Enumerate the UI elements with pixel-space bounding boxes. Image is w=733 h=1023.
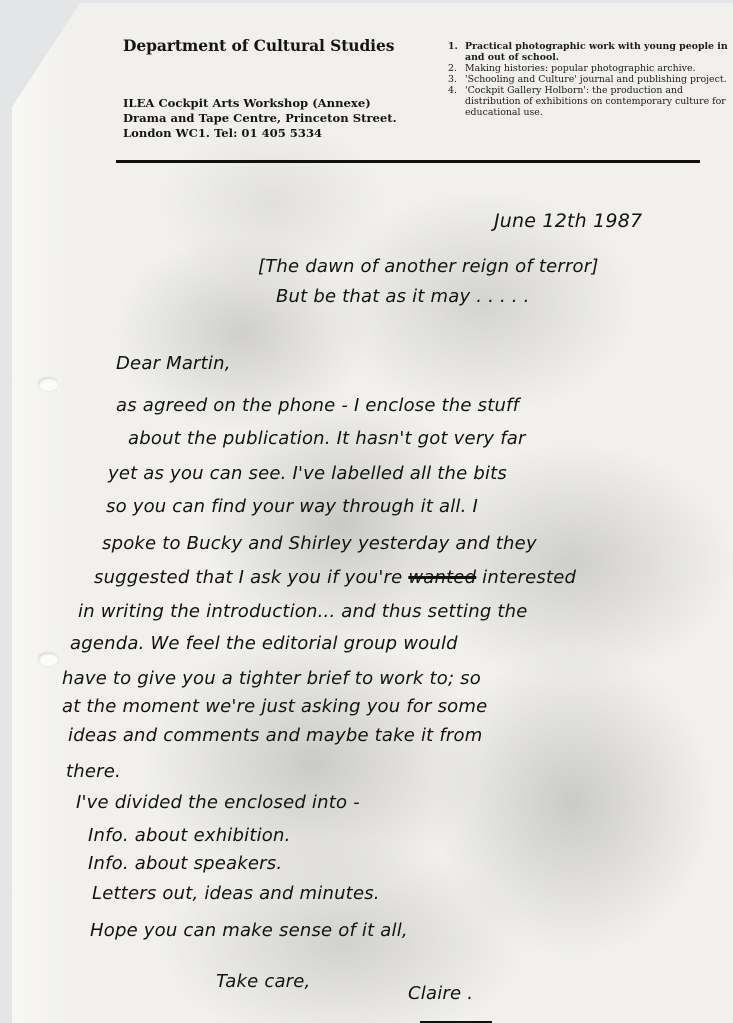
letter-aside: [The dawn of another reign of terror] xyxy=(258,256,599,277)
address-line: ILEA Cockpit Arts Workshop (Annexe) xyxy=(123,96,397,111)
activities-list: 1. Practical photographic work with youn… xyxy=(448,41,733,118)
activity-text: Practical photographic work with young p… xyxy=(465,41,733,63)
activity-text: Making histories: popular photographic a… xyxy=(465,63,695,74)
page-margin xyxy=(12,3,72,1023)
struck-out-word: wanted xyxy=(408,567,476,588)
body-line: about the publication. It hasn't got ver… xyxy=(128,428,526,449)
enclosures-intro: I've divided the enclosed into - xyxy=(76,792,360,813)
letterhead-divider xyxy=(116,160,700,163)
letter-date: June 12th 1987 xyxy=(494,210,642,232)
body-line: in writing the introduction... and thus … xyxy=(78,601,528,622)
letter-aside: But be that as it may . . . . . xyxy=(276,286,530,307)
body-line: at the moment we're just asking you for … xyxy=(62,696,487,717)
activity-item: 2. Making histories: popular photographi… xyxy=(448,63,733,74)
body-line: ideas and comments and maybe take it fro… xyxy=(68,725,482,746)
activity-text: 'Schooling and Culture' journal and publ… xyxy=(465,74,727,85)
body-line: there. xyxy=(66,761,121,782)
letter-page: Department of Cultural Studies ILEA Cock… xyxy=(12,3,733,1023)
department-name: Department of Cultural Studies xyxy=(123,36,394,55)
punch-hole-bottom xyxy=(38,652,58,666)
activity-number: 2. xyxy=(448,63,465,74)
body-line: so you can find your way through it all.… xyxy=(106,496,478,517)
activity-number: 1. xyxy=(448,41,465,63)
activity-item: 3. 'Schooling and Culture' journal and p… xyxy=(448,74,733,85)
enclosure-item: Info. about speakers. xyxy=(88,853,282,874)
letter-salutation: Dear Martin, xyxy=(116,353,231,374)
activity-item: 4. 'Cockpit Gallery Holborn': the produc… xyxy=(448,85,733,118)
body-line: yet as you can see. I've labelled all th… xyxy=(108,463,507,484)
closing-line: Hope you can make sense of it all, xyxy=(90,920,408,941)
activity-item: 1. Practical photographic work with youn… xyxy=(448,41,733,63)
address-line: London WC1. Tel: 01 405 5334 xyxy=(123,126,397,141)
activity-number: 4. xyxy=(448,85,465,118)
enclosure-item: Letters out, ideas and minutes. xyxy=(92,883,380,904)
enclosure-item: Info. about exhibition. xyxy=(88,825,291,846)
body-line: as agreed on the phone - I enclose the s… xyxy=(116,395,519,416)
signature: Claire . xyxy=(408,983,473,1004)
body-line: agenda. We feel the editorial group woul… xyxy=(70,633,458,654)
address-line: Drama and Tape Centre, Princeton Street. xyxy=(123,111,397,126)
activity-text: 'Cockpit Gallery Holborn': the productio… xyxy=(465,85,733,118)
body-line-text: interested xyxy=(482,567,576,588)
letterhead-address: ILEA Cockpit Arts Workshop (Annexe) Dram… xyxy=(123,96,397,141)
body-line: suggested that I ask you if you're wante… xyxy=(94,567,576,588)
activity-number: 3. xyxy=(448,74,465,85)
body-line-text: suggested that I ask you if you're xyxy=(94,567,402,588)
sign-off: Take care, xyxy=(216,971,310,992)
body-line: spoke to Bucky and Shirley yesterday and… xyxy=(102,533,537,554)
punch-hole-top xyxy=(38,377,58,391)
body-line: have to give you a tighter brief to work… xyxy=(62,668,481,689)
